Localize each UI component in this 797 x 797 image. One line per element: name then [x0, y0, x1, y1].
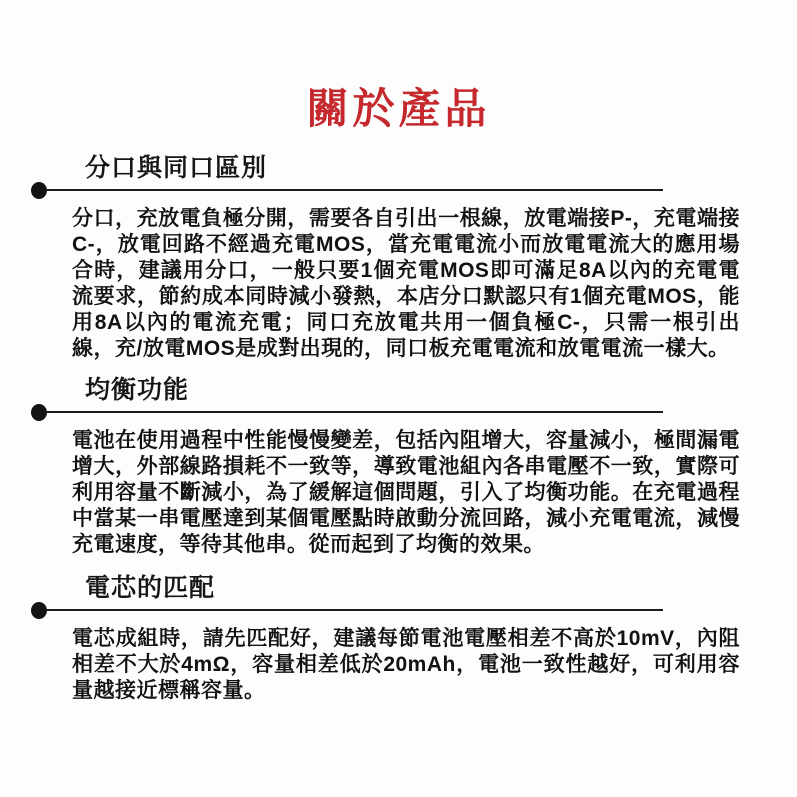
- section-separator: [31, 403, 663, 421]
- section-heading: 均衡功能: [85, 376, 797, 404]
- product-info-page: 關於產品 分口與同口區別 分口，充放電負極分開，需要各自引出一根線，放電端接P-…: [0, 0, 797, 797]
- section-port-difference: 分口與同口區別 分口，充放電負極分開，需要各自引出一根線，放電端接P-，充電端接…: [0, 154, 797, 362]
- divider-line: [47, 609, 663, 611]
- section-body-text: 分口，充放電負極分開，需要各自引出一根線，放電端接P-，充電端接C-，放電回路不…: [72, 206, 740, 362]
- bullet-dot-icon: [31, 182, 47, 199]
- section-body-text: 電池在使用過程中性能慢慢變差，包括內阻增大，容量減小，極間漏電增大，外部線路損耗…: [72, 428, 740, 558]
- section-separator: [31, 601, 663, 619]
- section-heading: 分口與同口區別: [85, 154, 797, 182]
- section-body-text: 電芯成組時，請先匹配好，建議每節電池電壓相差不高於10mV，內阻相差不大於4mΩ…: [72, 626, 740, 704]
- bullet-dot-icon: [31, 602, 47, 619]
- divider-line: [47, 189, 663, 191]
- section-separator: [31, 181, 663, 199]
- section-cell-matching: 電芯的匹配 電芯成組時，請先匹配好，建議每節電池電壓相差不高於10mV，內阻相差…: [0, 574, 797, 704]
- section-heading: 電芯的匹配: [85, 574, 797, 602]
- divider-line: [47, 411, 663, 413]
- page-title: 關於產品: [0, 0, 797, 134]
- section-balance-function: 均衡功能 電池在使用過程中性能慢慢變差，包括內阻增大，容量減小，極間漏電增大，外…: [0, 376, 797, 558]
- bullet-dot-icon: [31, 404, 47, 421]
